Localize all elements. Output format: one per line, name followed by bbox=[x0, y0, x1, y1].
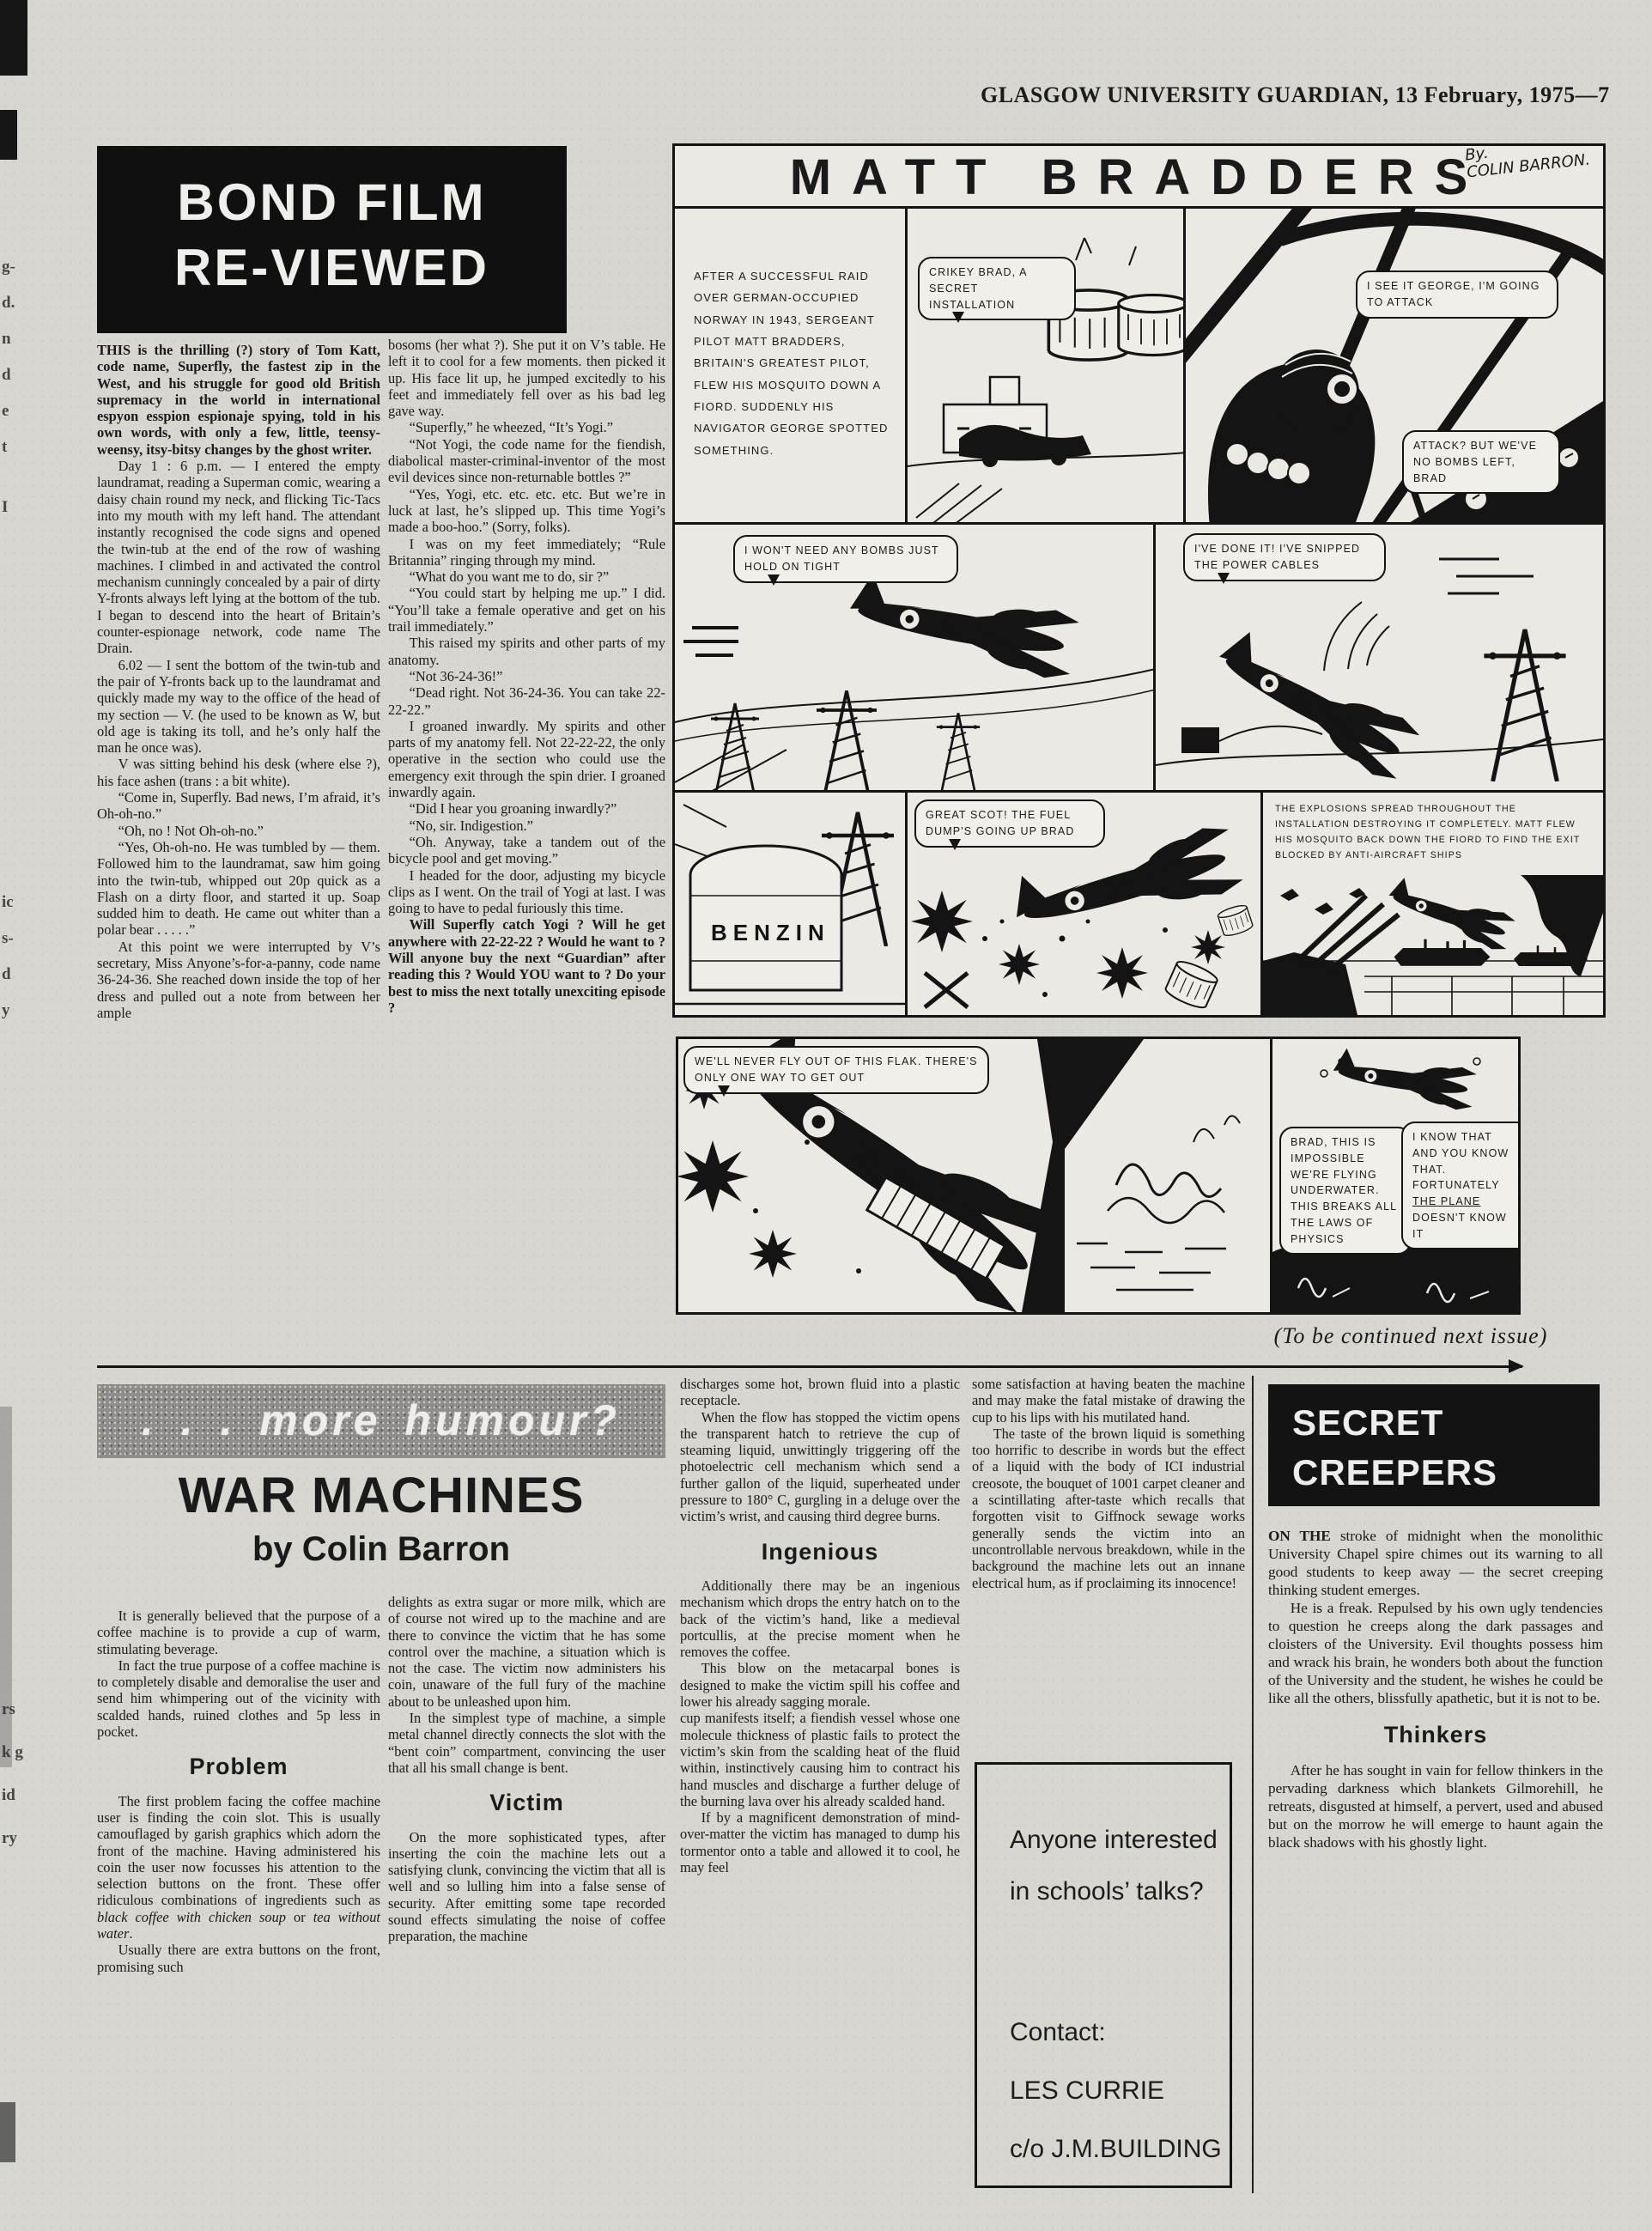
speech-bubble: ATTACK? BUT WE'VE NO BOMBS LEFT, BRAD bbox=[1402, 430, 1560, 494]
comic-panel-fuel-dump: GREAT SCOT! THE FUEL DUMP'S GOING UP BRA… bbox=[905, 790, 1266, 1018]
speech-bubble: WE'LL NEVER FLY OUT OF THIS FLAK. THERE'… bbox=[683, 1046, 989, 1094]
panel-art-benzin: BENZIN bbox=[675, 793, 908, 1015]
war-machines-column-2: delights as extra sugar or more milk, wh… bbox=[388, 1594, 665, 2195]
paragraph: “Superfly,” he wheezed, “It’s Yogi.” bbox=[388, 419, 665, 435]
paragraph: In the simplest type of machine, a simpl… bbox=[388, 1710, 665, 1776]
comic-title: MATT BRADDERS bbox=[675, 146, 1603, 210]
speech-bubble: I SEE IT GEORGE, I'M GOING TO ATTACK bbox=[1356, 271, 1558, 319]
masthead: GLASGOW UNIVERSITY GUARDIAN, 13 February… bbox=[981, 82, 1616, 108]
comic-caption: AFTER A SUCCESSFUL RAID OVER GERMAN-OCCU… bbox=[675, 209, 908, 527]
war-machines-column-1: It is generally believed that the purpos… bbox=[97, 1608, 380, 2195]
paragraph: ON THE stroke of midnight when the monol… bbox=[1268, 1527, 1603, 1599]
secret-creepers-title: SECRET CREEPERS bbox=[1268, 1384, 1600, 1506]
ad-line: in schools’ talks? bbox=[1010, 1866, 1230, 1918]
secret-creepers-column: ON THE stroke of midnight when the monol… bbox=[1268, 1527, 1603, 2195]
subhead-problem: Problem bbox=[97, 1759, 380, 1775]
bond-column-2: bosoms (her what ?). She put it on V’s t… bbox=[388, 337, 665, 1348]
panel-art-splash bbox=[1065, 1039, 1272, 1312]
bond-article-title: BOND FILM RE-VIEWED bbox=[97, 146, 567, 333]
paragraph: “Not Yogi, the code name for the fiendis… bbox=[388, 436, 665, 486]
paragraph: “Did I hear you groaning inwardly?” bbox=[388, 800, 665, 817]
paragraph: “Oh. Anyway, take a tandem out of the bi… bbox=[388, 834, 665, 867]
comic-panel-flak: WE'LL NEVER FLY OUT OF THIS FLAK. THERE'… bbox=[676, 1036, 1067, 1315]
scan-edge-mark bbox=[0, 0, 27, 76]
paragraph: This raised my spirits and other parts o… bbox=[388, 635, 665, 668]
bond-title-line2: RE-VIEWED bbox=[97, 235, 567, 301]
ad-contact-location: c/o J.M.BUILDING bbox=[1010, 2124, 1230, 2175]
paragraph: After he has sought in vain for fellow t… bbox=[1268, 1761, 1603, 1851]
benzin-label: BENZIN bbox=[711, 920, 830, 945]
paragraph: “Dead right. Not 36-24-36. You can take … bbox=[388, 684, 665, 718]
scan-edge-mark bbox=[0, 2102, 15, 2162]
paragraph: V was sitting behind his desk (where els… bbox=[97, 756, 380, 789]
paragraph: I headed for the door, adjusting my bicy… bbox=[388, 867, 665, 917]
paragraph: Usually there are extra buttons on the f… bbox=[97, 1942, 380, 1975]
paragraph: If by a magnificent demonstration of min… bbox=[680, 1809, 960, 1875]
paragraph: discharges some hot, brown fluid into a … bbox=[680, 1376, 960, 1409]
paragraph: I groaned inwardly. My spirits and other… bbox=[388, 718, 665, 800]
ad-contact-name: LES CURRIE bbox=[1010, 2065, 1230, 2117]
paragraph: Will Superfly catch Yogi ? Will he get a… bbox=[388, 916, 665, 1016]
paragraph: “No, sir. Indigestion.” bbox=[388, 818, 665, 834]
paragraph: “Come in, Superfly. Bad news, I’m afraid… bbox=[97, 789, 380, 823]
war-machines-byline: by Colin Barron bbox=[97, 1530, 665, 1569]
speech-bubble: I'VE DONE IT! I'VE SNIPPED THE POWER CAB… bbox=[1183, 533, 1386, 581]
paragraph: cup manifests itself; a fiendish vessel … bbox=[680, 1710, 960, 1809]
paragraph: It is generally believed that the purpos… bbox=[97, 1608, 380, 1657]
paragraph: Additionally there may be an ingenious m… bbox=[680, 1578, 960, 1660]
section-divider-rule bbox=[97, 1365, 1522, 1368]
comic-title-bar: MATT BRADDERS By. COLIN BARRON. bbox=[672, 143, 1606, 214]
more-humour-banner: . . . more humour? bbox=[97, 1384, 665, 1458]
schools-talks-ad: Anyone interested in schools’ talks? Con… bbox=[975, 1762, 1232, 2188]
speech-bubble: I WON'T NEED ANY BOMBS JUST HOLD ON TIGH… bbox=[733, 535, 958, 583]
paragraph: Day 1 : 6 p.m. — I entered the empty lau… bbox=[97, 458, 380, 657]
paragraph: bosoms (her what ?). She put it on V’s t… bbox=[388, 337, 665, 419]
comic-panel-installation: CRIKEY BRAD, A SECRET INSTALLATION bbox=[905, 206, 1188, 530]
comic-panel-splash bbox=[1062, 1036, 1275, 1315]
paragraph: “You could start by helping me up.” I di… bbox=[388, 585, 665, 635]
paragraph: “Oh, no ! Not Oh-oh-no.” bbox=[97, 823, 380, 839]
comic-strip: MATT BRADDERS By. COLIN BARRON. AFTER A … bbox=[672, 143, 1606, 1371]
bond-title-line1: BOND FILM bbox=[97, 170, 567, 235]
comic-caption: THE EXPLOSIONS SPREAD THROUGHOUT THE INS… bbox=[1263, 793, 1603, 863]
paragraph: “Yes, Oh-oh-no. He was tumbled by — them… bbox=[97, 839, 380, 939]
paragraph: In fact the true purpose of a coffee mac… bbox=[97, 1657, 380, 1740]
subhead-ingenious: Ingenious bbox=[680, 1544, 960, 1560]
paragraph: On the more sophisticated types, after i… bbox=[388, 1829, 665, 1945]
paragraph: When the flow has stopped the victim ope… bbox=[680, 1409, 960, 1525]
paragraph: THIS is the thrilling (?) story of Tom K… bbox=[97, 342, 380, 458]
comic-panel-benzin: BENZIN bbox=[672, 790, 910, 1018]
speech-bubble: GREAT SCOT! THE FUEL DUMP'S GOING UP BRA… bbox=[914, 799, 1105, 848]
paragraph: At this point we were interrupted by V’s… bbox=[97, 939, 380, 1021]
paragraph: delights as extra sugar or more milk, wh… bbox=[388, 1594, 665, 1710]
ad-line: Anyone interested bbox=[1010, 1815, 1230, 1866]
comic-panel-ships: THE EXPLOSIONS SPREAD THROUGHOUT THE INS… bbox=[1260, 790, 1606, 1018]
comic-panel-intro: AFTER A SUCCESSFUL RAID OVER GERMAN-OCCU… bbox=[672, 206, 910, 530]
paragraph: “Yes, Yogi, etc. etc. etc. etc. But we’r… bbox=[388, 486, 665, 536]
speech-bubble: I KNOW THAT AND YOU KNOW THAT. FORTUNATE… bbox=[1401, 1122, 1521, 1249]
war-machines-title: WAR MACHINES bbox=[97, 1467, 665, 1524]
speech-bubble: BRAD, THIS IS IMPOSSIBLE WE'RE FLYING UN… bbox=[1279, 1127, 1412, 1255]
subhead-thinkers: Thinkers bbox=[1268, 1726, 1603, 1744]
column-divider-rule bbox=[1252, 1376, 1254, 2193]
paragraph: The first problem facing the coffee mach… bbox=[97, 1793, 380, 1942]
paragraph: This blow on the metacarpal bones is des… bbox=[680, 1660, 960, 1710]
paragraph: “Not 36-24-36!” bbox=[388, 668, 665, 684]
comic-panel-no-bombs: I WON'T NEED ANY BOMBS JUST HOLD ON TIGH… bbox=[672, 522, 1158, 798]
comic-panel-snipped: I'VE DONE IT! I'VE SNIPPED THE POWER CAB… bbox=[1153, 522, 1606, 798]
comic-panel-cockpit: I SEE IT GEORGE, I'M GOING TO ATTACK ATT… bbox=[1183, 206, 1606, 530]
newspaper-page: g- d. n d e t I ic s- d y rs k g id ry G… bbox=[0, 0, 1652, 2231]
subhead-victim: Victim bbox=[388, 1795, 665, 1811]
paragraph: “What do you want me to do, sir ?” bbox=[388, 568, 665, 585]
paragraph: I was on my feet immediately; “Rule Brit… bbox=[388, 536, 665, 569]
comic-continued-note: (To be continued next issue) bbox=[1265, 1323, 1557, 1349]
speech-bubble: CRIKEY BRAD, A SECRET INSTALLATION bbox=[918, 257, 1076, 320]
comic-panel-underwater: BRAD, THIS IS IMPOSSIBLE WE'RE FLYING UN… bbox=[1270, 1036, 1521, 1315]
paragraph: 6.02 — I sent the bottom of the twin-tub… bbox=[97, 657, 380, 757]
war-machines-column-4: some satisfaction at having beaten the m… bbox=[972, 1376, 1245, 1745]
bond-column-1: THIS is the thrilling (?) story of Tom K… bbox=[97, 342, 380, 1345]
paragraph: The taste of the brown liquid is somethi… bbox=[972, 1426, 1245, 1591]
paragraph: He is a freak. Repulsed by his own ugly … bbox=[1268, 1599, 1603, 1707]
war-machines-column-3: discharges some hot, brown fluid into a … bbox=[680, 1376, 960, 2195]
ad-contact-label: Contact: bbox=[1010, 2007, 1230, 2058]
scan-edge-mark bbox=[0, 110, 17, 160]
paragraph: some satisfaction at having beaten the m… bbox=[972, 1376, 1245, 1426]
